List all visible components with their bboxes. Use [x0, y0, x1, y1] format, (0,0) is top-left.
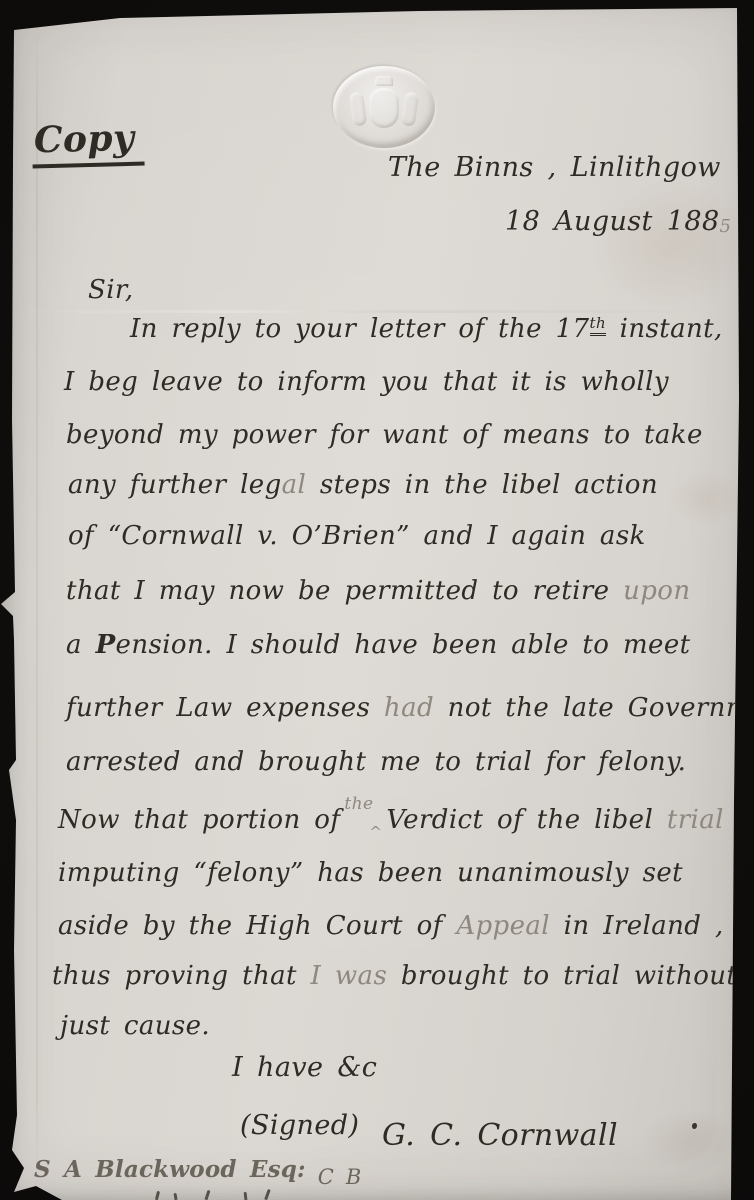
addressee-honours: C B	[318, 1165, 362, 1189]
text-segment: had	[384, 693, 434, 723]
body-line-2: I beg leave to inform you that it is who…	[64, 367, 669, 397]
crest-shield	[369, 88, 399, 128]
sender-address: The Binns , Linlithgow	[388, 152, 721, 183]
text-segment: P	[96, 630, 116, 660]
embossed-royal-crest-seal-icon	[333, 66, 435, 148]
text-segment: imputing “felony” has been unanimously s…	[58, 858, 683, 888]
text-segment: trial	[667, 805, 724, 835]
text-segment: th	[590, 314, 607, 336]
body-line-3: beyond my power for want of means to tak…	[66, 420, 703, 450]
body-line-6: that I may now be permitted to retire up…	[66, 576, 691, 606]
text-segment: steps in the libel action	[306, 470, 658, 500]
text-segment: In reply to your letter of the 17	[130, 314, 590, 344]
cropped-docket-line-marks	[148, 1189, 298, 1200]
horizontal-fold	[20, 310, 730, 313]
text-segment: instant,	[606, 314, 723, 344]
body-line-9: arrested and brought me to trial for fel…	[66, 747, 686, 777]
text-segment: brought to trial without	[387, 961, 737, 991]
date-pencil-digit: 5	[720, 216, 732, 237]
text-segment: Verdict of the libel	[386, 805, 666, 835]
body-line-13: thus proving that I was brought to trial…	[52, 961, 737, 991]
text-segment: arrested and brought me to trial for fel…	[66, 747, 686, 777]
text-segment: that I may now be permitted to retire	[66, 576, 623, 606]
text-segment: Now that portion of	[58, 805, 340, 835]
text-segment: just cause.	[60, 1011, 210, 1041]
crest-crown	[375, 76, 393, 86]
body-line-11: imputing “felony” has been unanimously s…	[58, 858, 683, 888]
text-segment: thus proving that	[52, 961, 311, 991]
text-segment: beyond my power for want of means to tak…	[66, 420, 703, 450]
body-line-5: of “Cornwall v. O’Brien” and I again ask	[68, 521, 646, 551]
body-line-1: In reply to your letter of the 17th inst…	[130, 314, 723, 344]
addressee-name: S A Blackwood Esq:	[34, 1156, 306, 1183]
text-segment: Appeal	[456, 911, 550, 941]
text-segment: ^	[369, 823, 382, 841]
body-line-4: any further legal steps in the libel act…	[68, 470, 658, 500]
body-line-7: a Pension. I should have been able to me…	[66, 630, 690, 660]
letter-paper: Copy The Binns , Linlithgow 18 August 18…	[0, 0, 754, 1200]
text-segment: I beg leave to inform you that it is who…	[64, 367, 669, 397]
closing-phrase: I have &c	[232, 1052, 377, 1083]
text-segment: in Ireland ,	[550, 911, 724, 941]
text-segment: ension. I should have been able to meet	[116, 630, 691, 660]
vertical-crease	[36, 24, 38, 1200]
crest-supporter-left	[349, 91, 368, 127]
text-segment: the	[344, 794, 373, 814]
text-segment: al	[282, 470, 307, 500]
signature: G. C. Cornwall	[382, 1118, 618, 1153]
body-line-10: Now that portion ofthe^Verdict of the li…	[58, 805, 724, 835]
date-ink: 18 August 188	[505, 206, 720, 237]
ink-speck	[692, 1123, 697, 1129]
text-segment: a	[66, 630, 96, 660]
salutation: Sir,	[88, 275, 134, 305]
text-segment: aside by the High Court of	[58, 911, 456, 941]
letter-date: 18 August 1885	[505, 206, 731, 237]
scanned-letter-photo: { "page": { "background": "#0b0a09", "pa…	[0, 0, 754, 1200]
addressee-docket: S A Blackwood Esq:C B	[34, 1156, 362, 1183]
text-segment: of “Cornwall v. O’Brien” and I again ask	[68, 521, 646, 551]
text-segment: upon	[623, 576, 690, 606]
copy-annotation: Copy	[31, 117, 145, 169]
text-segment: further Law expenses	[66, 693, 384, 723]
crest-supporter-right	[401, 91, 420, 127]
body-line-8: further Law expenses had not the late Go…	[66, 693, 754, 723]
text-segment: not the late Government	[434, 693, 754, 723]
text-segment: any further leg	[68, 470, 282, 500]
body-line-14: just cause.	[60, 1011, 210, 1041]
signed-label: (Signed)	[240, 1110, 359, 1141]
body-line-12: aside by the High Court of Appeal in Ire…	[58, 911, 724, 941]
text-segment: I was	[311, 961, 388, 991]
